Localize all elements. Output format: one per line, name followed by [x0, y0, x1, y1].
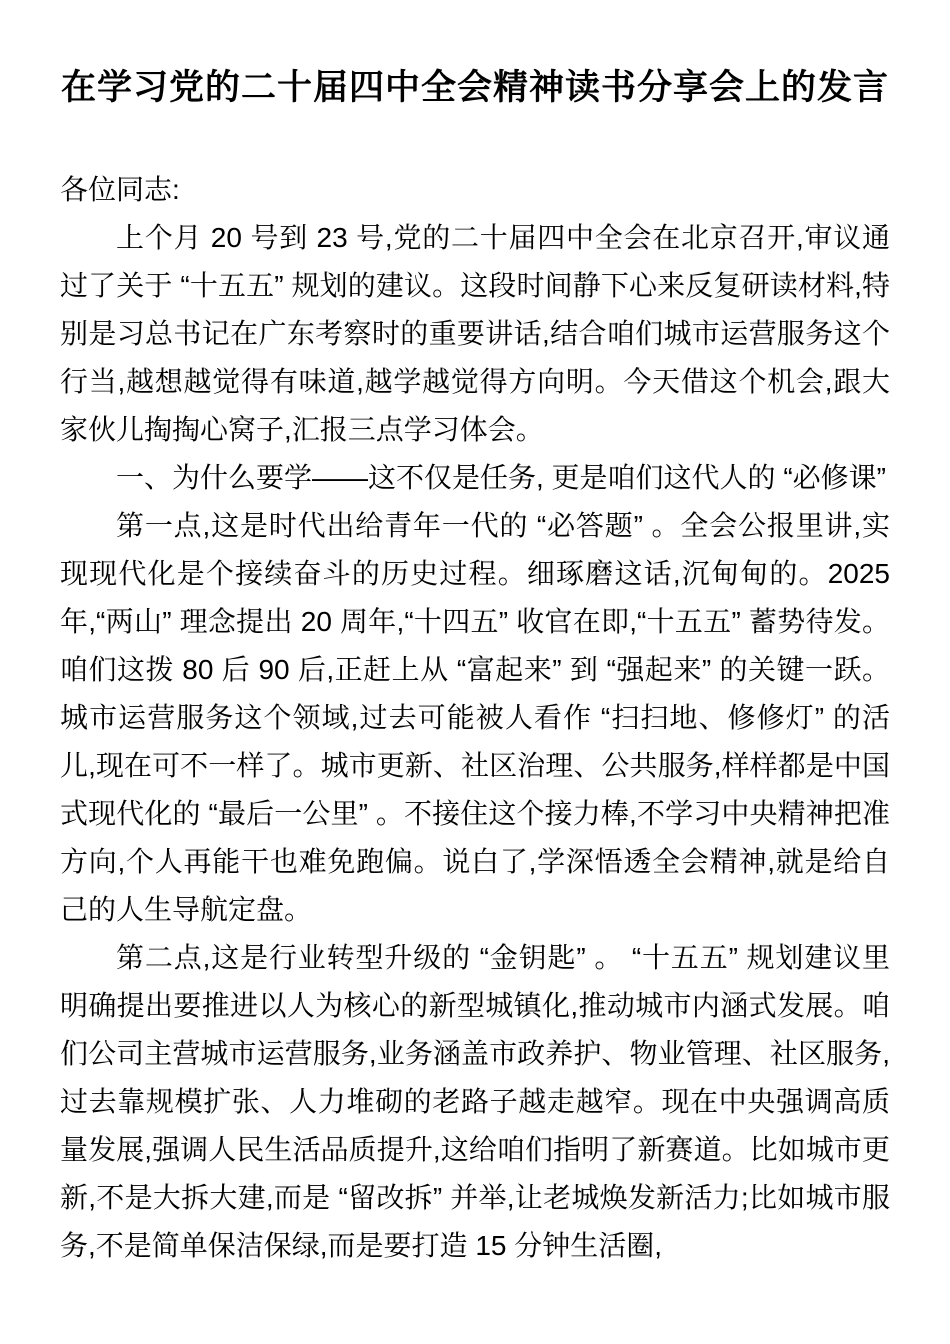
section-heading: 一、为什么要学——这不仅是任务, 更是咱们这代人的 “必修课” [60, 454, 890, 502]
paragraph: 第一点,这是时代出给青年一代的 “必答题” 。全会公报里讲,实现现代化是个接续奋… [60, 502, 890, 934]
document-page: 在学习党的二十届四中全会精神读书分享会上的发言 各位同志:上个月 20 号到 2… [0, 0, 950, 1344]
paragraph: 各位同志: [60, 166, 890, 214]
paragraph: 第二点,这是行业转型升级的 “金钥匙” 。 “十五五” 规划建议里明确提出要推进… [60, 934, 890, 1270]
document-title: 在学习党的二十届四中全会精神读书分享会上的发言 [60, 64, 890, 112]
paragraph: 上个月 20 号到 23 号,党的二十届四中全会在北京召开,审议通过了关于 “十… [60, 214, 890, 454]
document-body: 各位同志:上个月 20 号到 23 号,党的二十届四中全会在北京召开,审议通过了… [60, 166, 890, 1270]
